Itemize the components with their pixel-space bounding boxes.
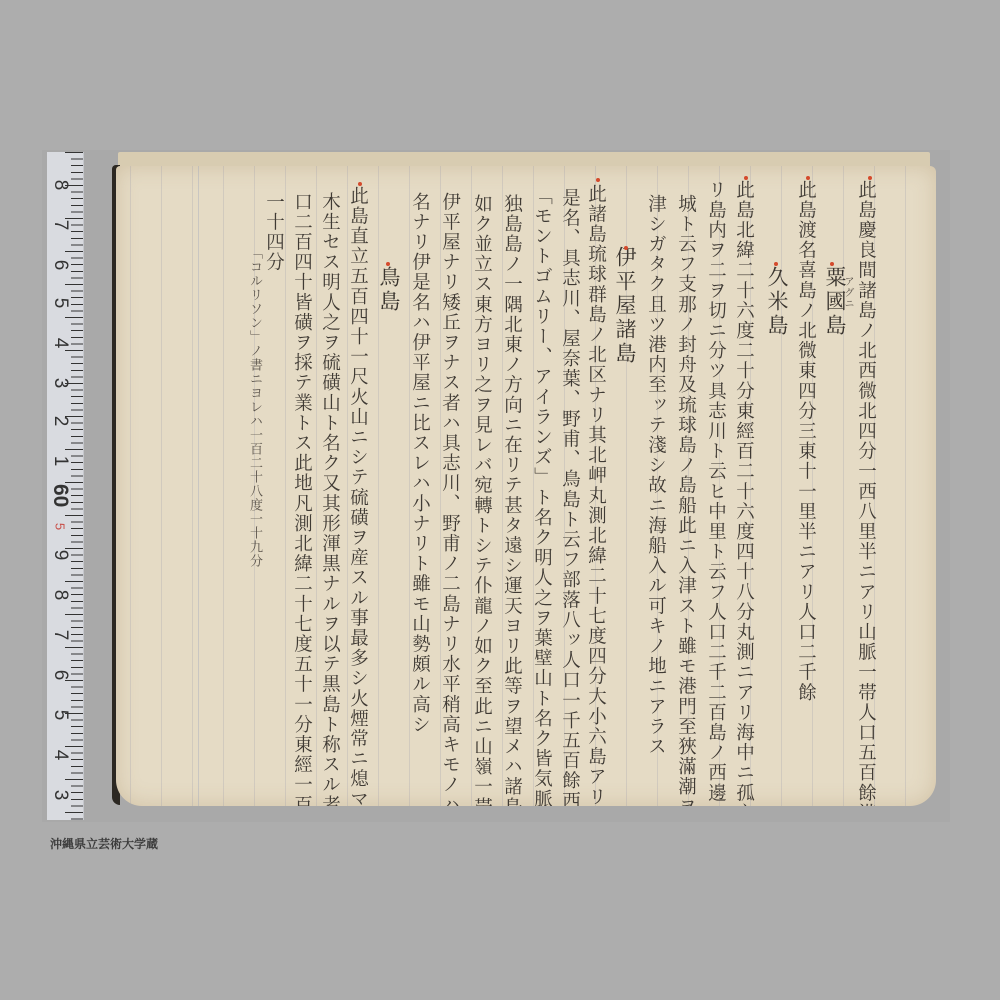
- ruler-number-red: 5: [53, 517, 68, 537]
- ruler-number: 9: [49, 545, 71, 565]
- text-column: 名ナリ伊是名ハ伊平屋ニ比スレハ小ナリト雖モ山勢頗ル高シ: [410, 192, 429, 735]
- text-column: 此諸島琉球群島ノ北区ナリ其北岬丸測北緯二十七度四分大小六島アリ伊平屋、伊: [586, 184, 605, 806]
- red-mark: [830, 262, 834, 266]
- ruler-number: 6: [49, 665, 71, 685]
- ruler-number: 1: [49, 451, 71, 471]
- red-mark: [744, 176, 748, 180]
- red-mark: [358, 182, 362, 186]
- text-column: 此島慶良間諸島ノ北西微北四分一西八里半ニアリ山脈一帯人口五百餘港内セ: [856, 180, 875, 806]
- red-mark: [774, 262, 778, 266]
- text-column: 津シガタク且ツ港内至ッテ淺シ故ニ海船入ル可キノ地ニアラス: [646, 194, 665, 757]
- ruler-number: 7: [49, 215, 71, 235]
- heading-kumejima: 久米島: [766, 266, 787, 338]
- ruler-number: 8: [49, 585, 71, 605]
- ruler-number: 5: [49, 293, 71, 313]
- ruler-number: 60: [48, 484, 72, 504]
- ruler-number: 8: [49, 175, 71, 195]
- ruler-number: 2: [49, 411, 71, 431]
- ruler-number: 3: [49, 785, 71, 805]
- collection-credit: 沖縄県立芸術大学蔵: [50, 835, 158, 852]
- red-mark: [386, 262, 390, 266]
- ruler-number: 4: [49, 333, 71, 353]
- red-mark: [868, 176, 872, 180]
- text-column: 口二百四十皆磺ヲ採テ業トス此地凡測北緯二十七度五十一分東經一百二十八度: [292, 192, 311, 806]
- heading-iheya-islands: 伊平屋諸島: [614, 246, 635, 366]
- text-column: リ島内ヲ二ヲ切ニ分ツ具志川ト云ヒ中里ト云フ人口二千二百島ノ西邊ニ一港アリ兼城: [706, 180, 725, 806]
- ruler-number: 7: [49, 625, 71, 645]
- ruler-number: 5: [49, 705, 71, 725]
- red-mark: [624, 246, 628, 250]
- ruler-number: 6: [49, 255, 71, 275]
- text-annotation: 「コルリソン」ノ書ニヨレハ一百二十八度一十九分: [248, 246, 261, 568]
- text-column: 「モントゴムリー、アイランズ」ト名ク明人之ヲ葉壁山ト名ク皆気脈相通スト雖モ: [532, 186, 551, 806]
- text-column: 此島渡名喜島ノ北微東四分三東十一里半ニアリ人口二千餘: [796, 180, 815, 703]
- heading-torishima: 鳥島: [378, 266, 399, 314]
- text-column: 此島北緯二十六度二十分東經百二十六度四十八分丸測ニアリ海中ニ孤立シ山勢最峻ナ: [734, 180, 753, 806]
- red-mark: [806, 176, 810, 180]
- ruler-number: 4: [49, 745, 71, 765]
- ruby-reading: アグニ: [842, 276, 852, 309]
- text-column: 是名、具志川、屋奈葉、野甫、鳥島ト云フ部落八ッ人口一千五百餘西人之ヲ: [560, 188, 579, 806]
- red-mark: [596, 178, 600, 182]
- text-column: 木生セス明人之ヲ硫磺山ト名ク又其形渾黒ナルヲ以テ黒島ト称スル者アリ人: [320, 192, 339, 806]
- text-column: 伊平屋ナリ矮丘ヲナス者ハ具志川、野甫ノ二島ナリ水平稍高キモノハ則チ伊是: [440, 192, 459, 806]
- text-column: 此島直立五百四十一尺火山ニシテ硫磺ヲ産スル事最多シ火煙常ニ熄マスシテ草: [348, 186, 367, 806]
- text-column: 如ク並立ス東方ヨリ之ヲ見レバ宛轉トシテ仆龍ノ如ク至此ニ山嶺一帯尤モ高キモノハ: [472, 194, 491, 806]
- page-margin-line: [198, 166, 199, 806]
- measuring-ruler: 8 7 6 5 4 3 2 1 60 5 9 8 7 6 5 4 3: [47, 152, 84, 820]
- text-column: 独島島ノ一隅北東ノ方向ニ在リテ甚タ遠シ運天ヨリ此等ヲ望メハ諸島一帯蜿蜒: [502, 194, 521, 806]
- ruler-number: 3: [49, 373, 71, 393]
- notebook-page: 此島慶良間諸島ノ北西微北四分一西八里半ニアリ山脈一帯人口五百餘港内セ 粟國島 ア…: [116, 166, 936, 806]
- text-column: 城ト云フ支那ノ封舟及琉球島ノ島船此ニ入津スト雖モ港門至狹滿潮ヲ俟タサレハ入: [676, 194, 695, 806]
- text-column: 一十四分: [264, 192, 283, 272]
